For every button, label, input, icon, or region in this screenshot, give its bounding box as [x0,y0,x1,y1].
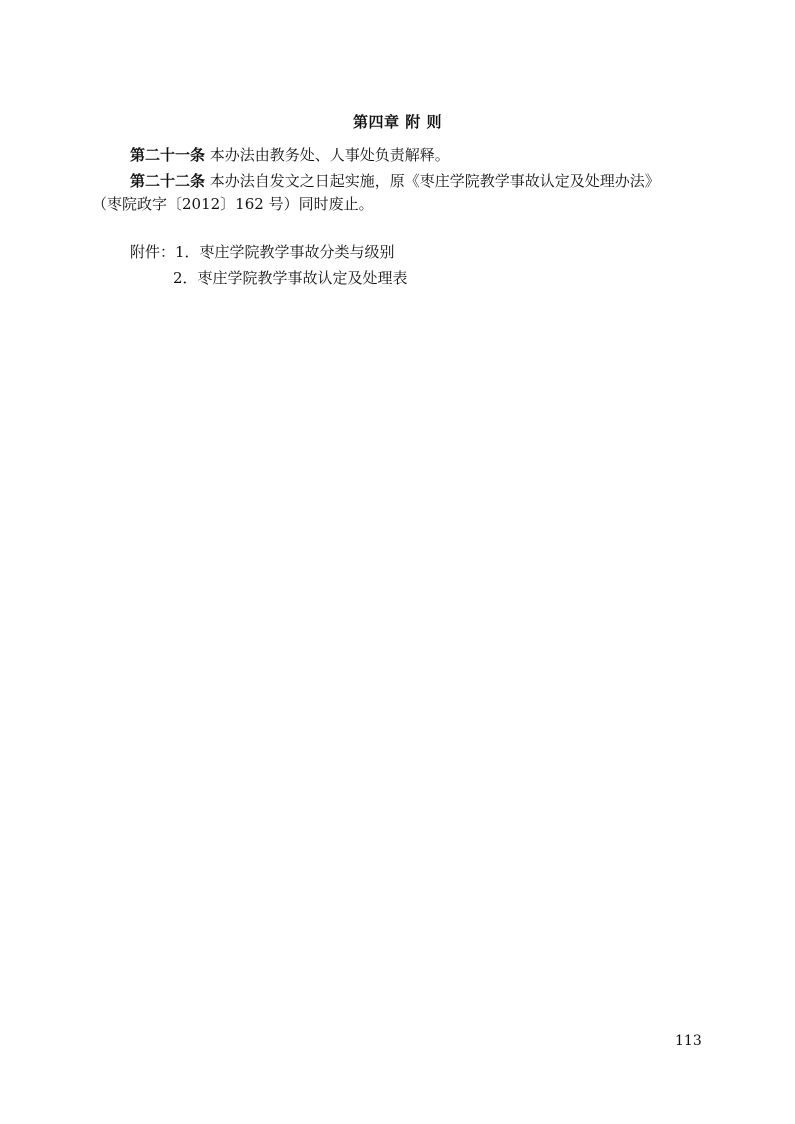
attachment-2: 2．枣庄学院教学事故认定及处理表 [173,267,408,289]
article-22-continuation: （枣院政字〔2012〕162 号）同时废止。 [92,193,374,215]
article-21: 第二十一条 本办法由教务处、人事处负责解释。 [130,144,450,166]
attachment-item: 1．枣庄学院教学事故分类与级别 [175,243,395,261]
page-number: 113 [675,1033,702,1049]
attachment-1: 附件：1．枣庄学院教学事故分类与级别 [130,241,395,263]
article-label: 第二十二条 [130,172,205,190]
article-text: 本办法自发文之日起实施，原《枣庄学院教学事故认定及处理办法》 [205,172,660,190]
document-page: 第四章 附 则 第二十一条 本办法由教务处、人事处负责解释。 第二十二条 本办法… [0,0,795,1124]
attachments-label: 附件： [130,243,175,261]
chapter-heading: 第四章 附 则 [0,111,795,132]
article-text: 本办法由教务处、人事处负责解释。 [205,146,450,164]
article-label: 第二十一条 [130,146,205,164]
article-22: 第二十二条 本办法自发文之日起实施，原《枣庄学院教学事故认定及处理办法》 [130,170,660,192]
